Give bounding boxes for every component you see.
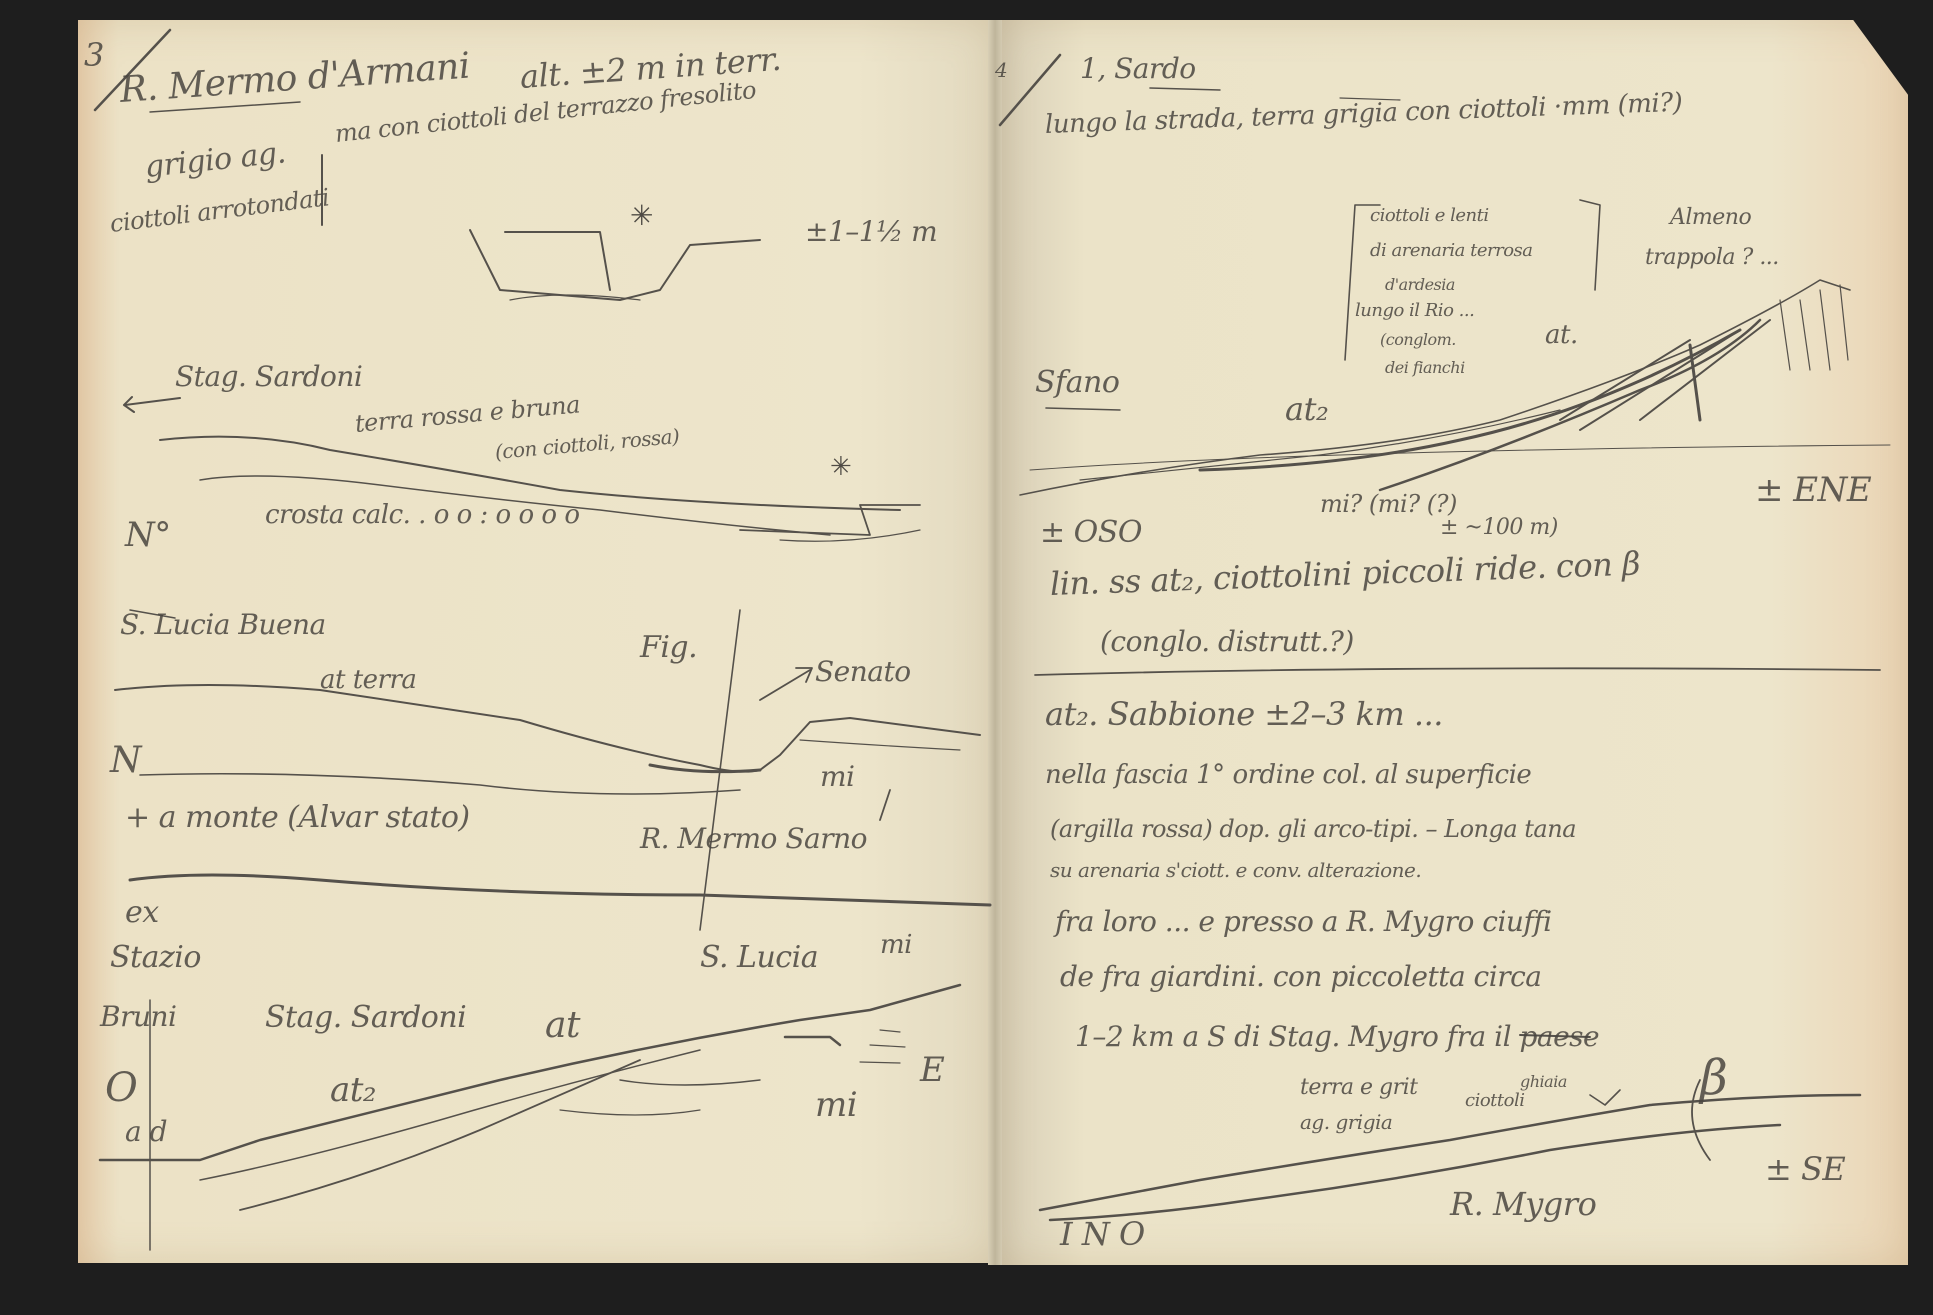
note-line: (argilla rossa) dop. gli arco-tipi. – Lo… bbox=[1050, 815, 1576, 843]
note-line: Stag. Sardoni bbox=[175, 360, 362, 393]
note-line: su arenaria s'ciott. e conv. alterazione… bbox=[1050, 858, 1421, 882]
note-line: fra loro ... e presso a R. Mygro ciuffi bbox=[1055, 905, 1552, 938]
place-label: S. Lucia bbox=[700, 940, 818, 975]
note-line: a d bbox=[125, 1115, 167, 1148]
note-line: S. Lucia Buena bbox=[120, 608, 326, 641]
formation-label: mi bbox=[880, 930, 912, 960]
note-line: trappola ? ... bbox=[1645, 245, 1779, 270]
note-line: at terra bbox=[320, 665, 416, 695]
direction-label: ± SE bbox=[1765, 1150, 1845, 1188]
note-line: Senato bbox=[815, 655, 911, 688]
page-title: 1, Sardo bbox=[1080, 52, 1196, 85]
river-label: R. Mygro bbox=[1450, 1185, 1596, 1223]
direction-label: O bbox=[105, 1065, 137, 1111]
note-line: nella fascia 1° ordine col. al superfici… bbox=[1045, 760, 1531, 790]
formation-label: mi bbox=[820, 760, 855, 793]
direction-label: I N O bbox=[1060, 1215, 1145, 1253]
box-note: (conglom. bbox=[1380, 330, 1456, 349]
river-label: R. Mermo Sarno bbox=[640, 822, 867, 855]
page-number: 4 bbox=[995, 58, 1007, 82]
box-note: di arenaria terrosa bbox=[1370, 240, 1533, 261]
formation-label: at₂ bbox=[330, 1070, 376, 1110]
note-line: ± ~100 m) bbox=[1440, 515, 1558, 540]
note-line: Almeno bbox=[1670, 205, 1751, 230]
direction-label: N° bbox=[125, 515, 171, 555]
direction-label: ± OSO bbox=[1040, 515, 1142, 550]
formation-label: at. bbox=[1545, 320, 1578, 350]
direction-label: ± ENE bbox=[1755, 470, 1871, 510]
sketch-label: ghiaia bbox=[1520, 1072, 1567, 1091]
formation-label: β bbox=[1700, 1050, 1727, 1106]
note-line: at₂. Sabbione ±2–3 km ... bbox=[1045, 695, 1443, 733]
place-label: Sfano bbox=[1035, 365, 1119, 400]
note-line: ex bbox=[125, 895, 159, 930]
notebook-spine bbox=[988, 20, 1002, 1265]
note-line: crosta calc. . o o : o o o o bbox=[265, 500, 579, 530]
note-line: Bruni bbox=[100, 1000, 176, 1033]
direction-label: E bbox=[920, 1050, 944, 1090]
sketch-label: ciottoli bbox=[1465, 1090, 1525, 1111]
box-note: dei fianchi bbox=[1385, 358, 1465, 377]
note-line: mi? (mi? (?) bbox=[1320, 490, 1457, 518]
page-number: 3 bbox=[84, 36, 104, 74]
box-note: d'ardesia bbox=[1385, 275, 1455, 294]
sketch-label: ag. grigia bbox=[1300, 1110, 1392, 1134]
formation-label: mi bbox=[815, 1085, 857, 1125]
note-line: 1–2 km a S di Stag. Mygro fra il paese bbox=[1075, 1020, 1599, 1053]
box-note: lungo il Rio ... bbox=[1355, 300, 1474, 321]
note-line: (conglo. distrutt.?) bbox=[1100, 625, 1354, 658]
sketch-label: terra e grit bbox=[1300, 1075, 1418, 1100]
note-line: Stazio bbox=[110, 940, 201, 975]
note-line: de fra giardini. con piccoletta circa bbox=[1060, 960, 1541, 993]
note-line: + a monte (Alvar stato) bbox=[125, 800, 470, 835]
note-line: Stag. Sardoni bbox=[265, 1000, 466, 1035]
box-note: ciottoli e lenti bbox=[1370, 205, 1489, 226]
direction-label: N bbox=[110, 740, 141, 781]
formation-label: at bbox=[545, 1005, 580, 1046]
measurement: ±1–1½ m bbox=[805, 215, 937, 248]
formation-label: at₂ bbox=[1285, 390, 1328, 428]
figure-label: Fig. bbox=[640, 630, 697, 665]
